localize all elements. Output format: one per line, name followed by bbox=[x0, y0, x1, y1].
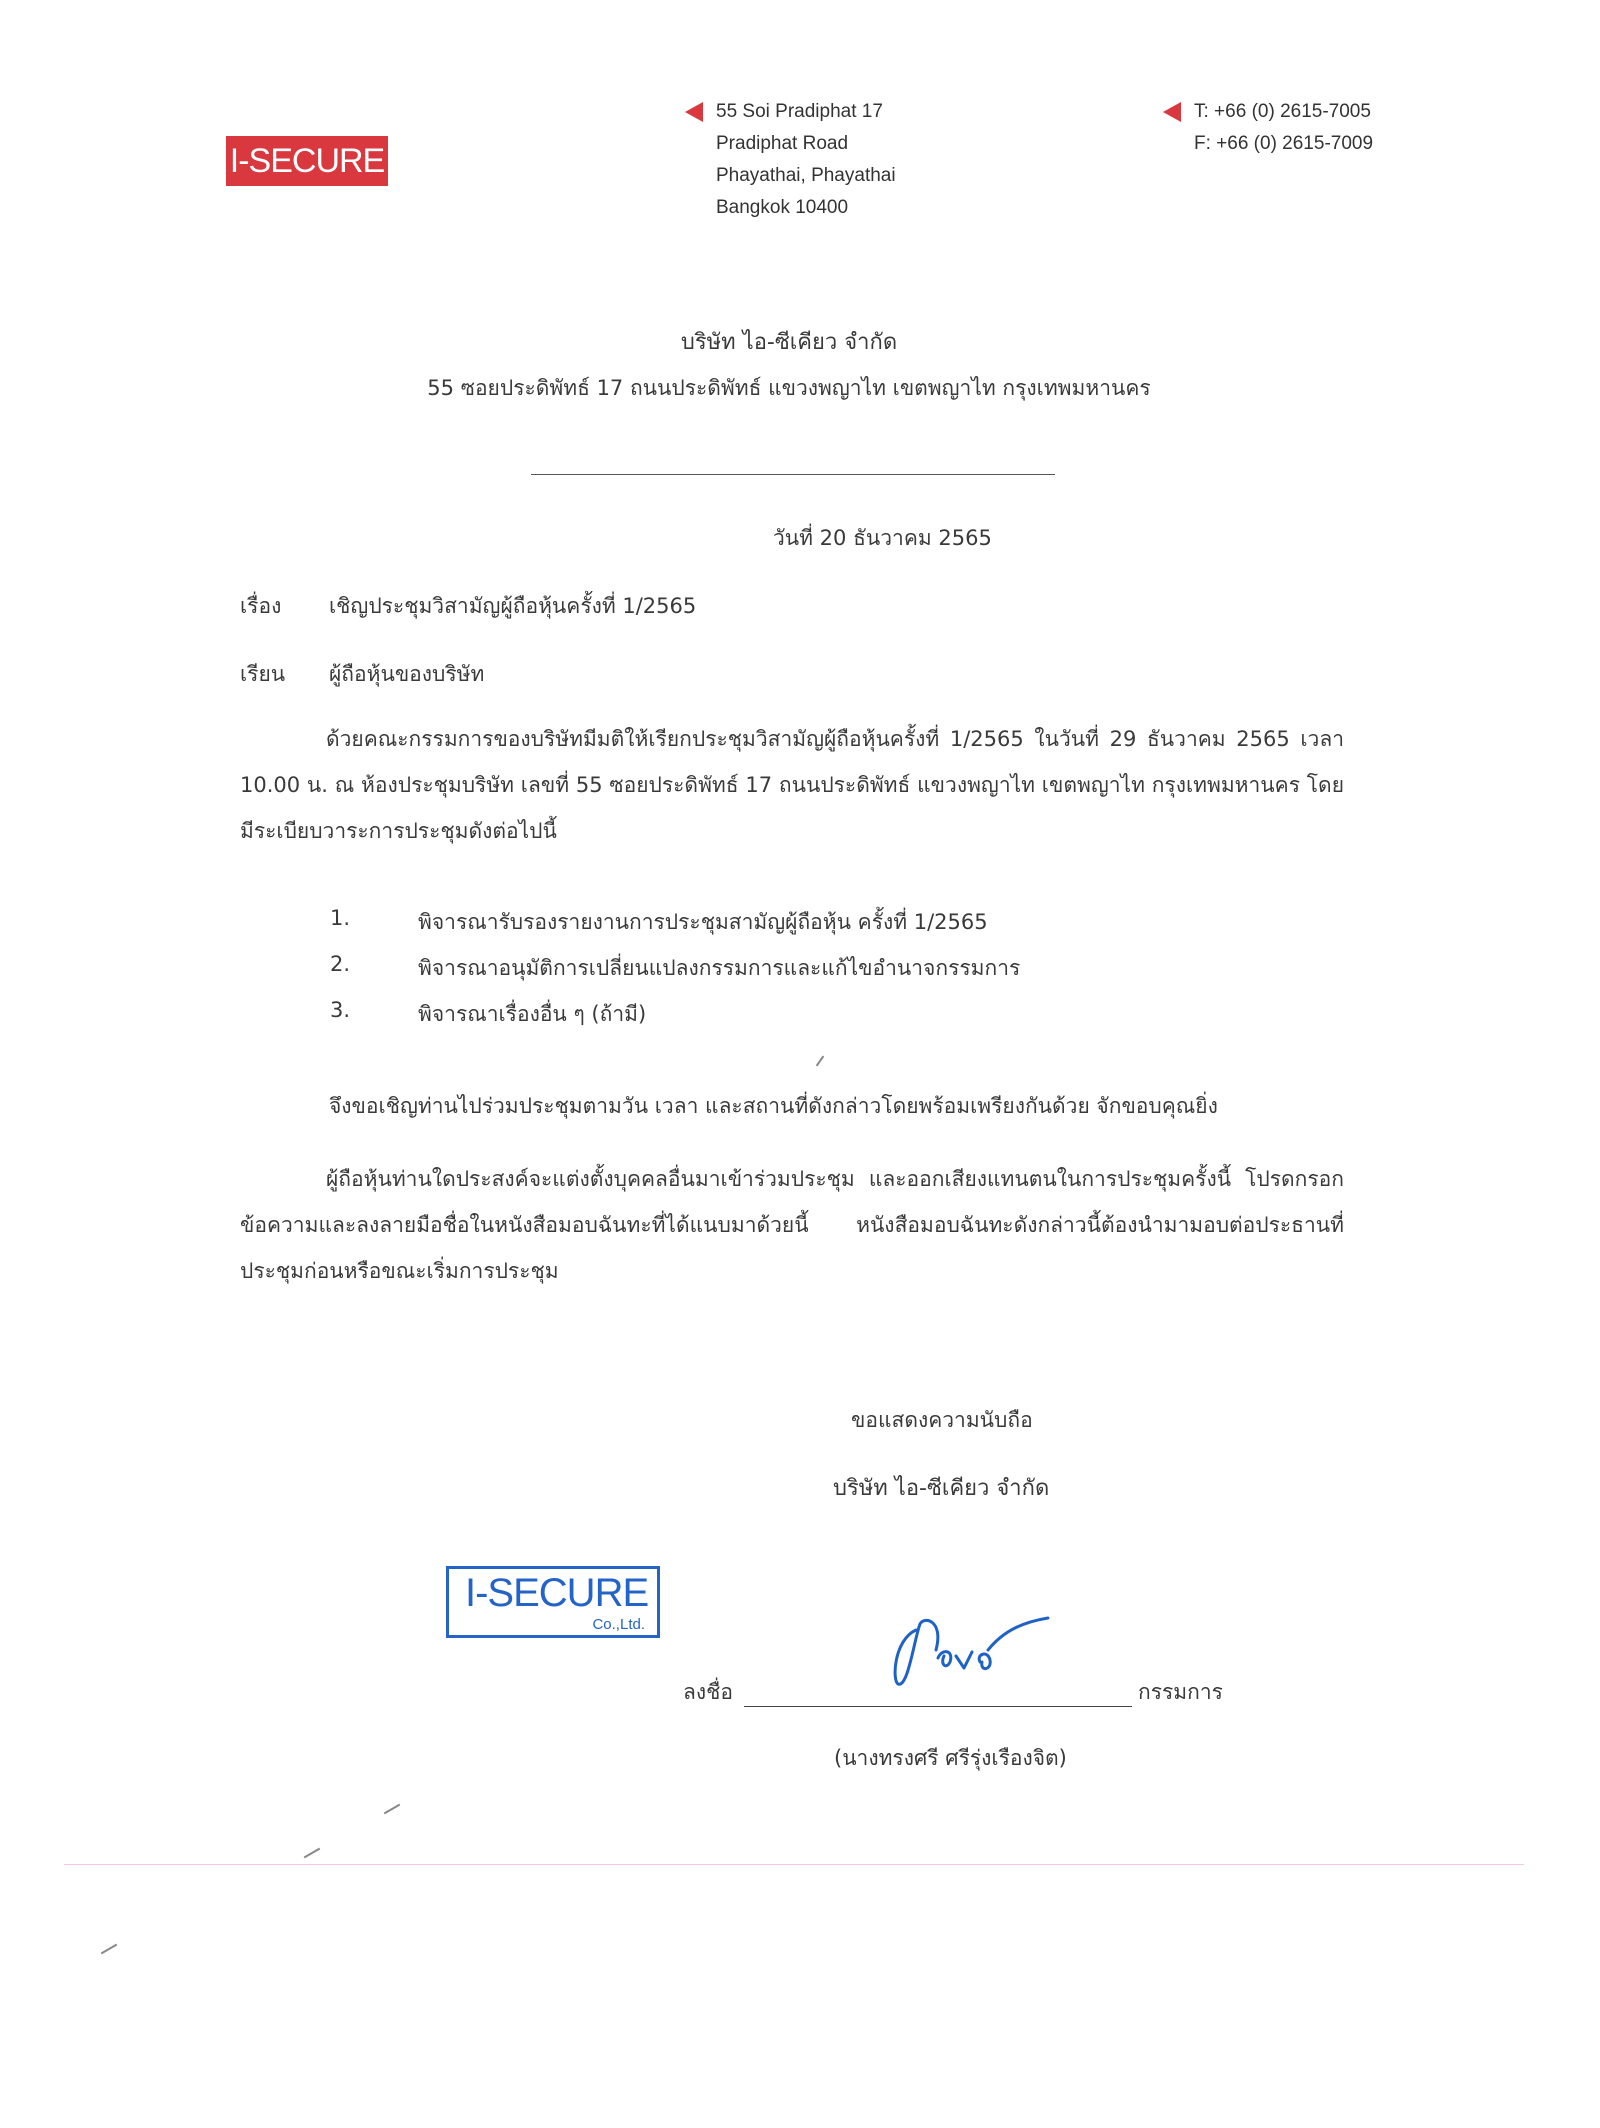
phone-number: T: +66 (0) 2615-7005 bbox=[1194, 96, 1373, 128]
recipient-value: ผู้ถือหุ้นของบริษัท bbox=[329, 658, 484, 691]
signer-position: กรรมการ bbox=[1138, 1676, 1223, 1709]
closing-regards: ขอแสดงความนับถือ bbox=[851, 1404, 1033, 1437]
intro-paragraph: ด้วยคณะกรรมการของบริษัทมีมติให้เรียกประช… bbox=[240, 716, 1344, 854]
scan-speck bbox=[384, 1804, 401, 1815]
agenda-item-number: 2. bbox=[330, 952, 350, 976]
letter-date: วันที่ 20 ธันวาคม 2565 bbox=[773, 522, 992, 555]
letterhead-address: 55 Soi Pradiphat 17 Pradiphat Road Phaya… bbox=[716, 96, 896, 224]
company-address-heading: 55 ซอยประดิพัทธ์ 17 ถนนประดิพัทธ์ แขวงพญ… bbox=[0, 372, 1578, 405]
scan-speck bbox=[304, 1848, 321, 1859]
proxy-paragraph: ผู้ถือหุ้นท่านใดประสงค์จะแต่งตั้งบุคคลอื… bbox=[240, 1156, 1344, 1294]
company-name-heading: บริษัท ไอ-ซีเคียว จำกัด bbox=[0, 324, 1578, 359]
scan-artifact-line bbox=[64, 1864, 1524, 1865]
company-logo: I-SECURE bbox=[226, 136, 388, 186]
stamp-main-text: I-SECURE bbox=[465, 1571, 648, 1616]
recipient-label: เรียน bbox=[240, 658, 285, 691]
agenda-item-number: 1. bbox=[330, 906, 350, 930]
subject-label: เรื่อง bbox=[240, 590, 281, 623]
subject-value: เชิญประชุมวิสามัญผู้ถือหุ้นครั้งที่ 1/25… bbox=[329, 590, 696, 623]
agenda-item-text: พิจารณารับรองรายงานการประชุมสามัญผู้ถือห… bbox=[418, 906, 988, 939]
address-line: Bangkok 10400 bbox=[716, 192, 896, 224]
letterhead-contact: T: +66 (0) 2615-7005 F: +66 (0) 2615-700… bbox=[1194, 96, 1373, 160]
stamp-sub-text: Co.,Ltd. bbox=[592, 1616, 645, 1633]
agenda-item-text: พิจารณาอนุมัติการเปลี่ยนแปลงกรรมการและแก… bbox=[418, 952, 1020, 985]
contact-marker-icon bbox=[1163, 102, 1181, 122]
handwritten-signature bbox=[884, 1610, 1054, 1690]
sign-label: ลงชื่อ bbox=[683, 1676, 733, 1709]
address-line: 55 Soi Pradiphat 17 bbox=[716, 96, 896, 128]
signature-line bbox=[744, 1706, 1132, 1707]
scan-speck bbox=[816, 1056, 825, 1067]
fax-number: F: +66 (0) 2615-7009 bbox=[1194, 128, 1373, 160]
agenda-item-number: 3. bbox=[330, 998, 350, 1022]
invitation-paragraph: จึงขอเชิญท่านไปร่วมประชุมตามวัน เวลา และ… bbox=[329, 1090, 1218, 1123]
header-divider bbox=[531, 474, 1055, 475]
scan-speck bbox=[101, 1944, 118, 1955]
address-line: Pradiphat Road bbox=[716, 128, 896, 160]
company-stamp: I-SECURE Co.,Ltd. bbox=[446, 1566, 660, 1638]
address-marker-icon bbox=[685, 102, 703, 122]
closing-company: บริษัท ไอ-ซีเคียว จำกัด bbox=[833, 1470, 1049, 1505]
address-line: Phayathai, Phayathai bbox=[716, 160, 896, 192]
signer-name: (นางทรงศรี ศรีรุ่งเรืองจิต) bbox=[834, 1742, 1067, 1775]
agenda-item-text: พิจารณาเรื่องอื่น ๆ (ถ้ามี) bbox=[418, 998, 646, 1031]
